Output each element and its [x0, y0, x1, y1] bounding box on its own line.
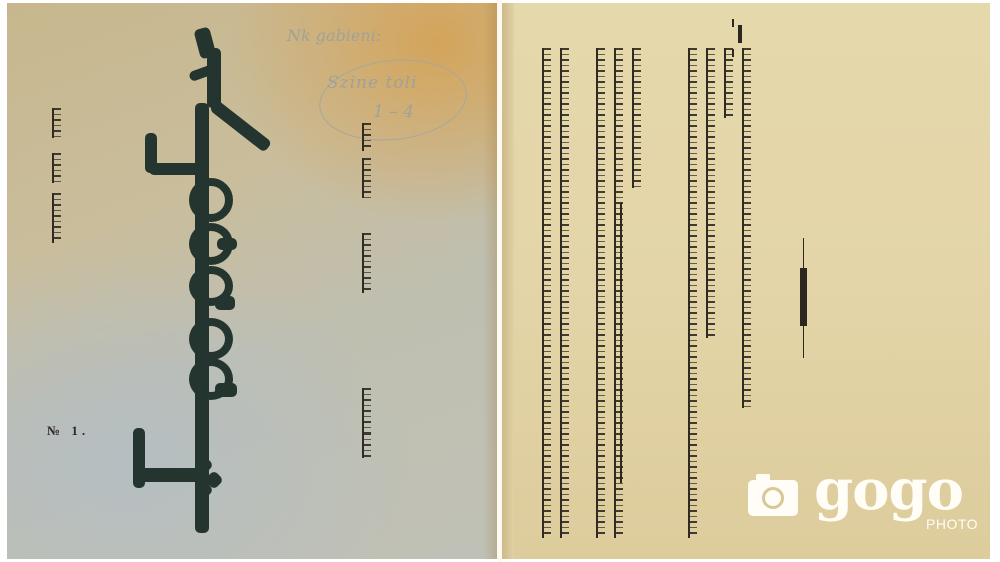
calligraphic-title [127, 28, 297, 488]
script-column [52, 193, 60, 243]
script-column [362, 233, 370, 293]
script-column [362, 123, 370, 151]
ornament [799, 238, 809, 358]
pencil-note-line3: 1 – 4 [373, 102, 414, 122]
watermark-sub: PHOTO [926, 516, 978, 532]
text-column [742, 48, 750, 408]
pencil-oval [315, 52, 471, 147]
page-marker-dash [732, 19, 734, 27]
page-marker [738, 25, 742, 43]
text-column [688, 48, 696, 538]
script-column [52, 108, 60, 138]
text-column [632, 48, 640, 188]
pencil-note-line1: Nk gabieni: [287, 26, 381, 45]
pencil-note-line2: Szine toli [327, 73, 417, 93]
section-rule [620, 203, 622, 483]
text-column [724, 48, 732, 118]
text-column [706, 48, 714, 338]
script-column [362, 388, 370, 433]
camera-icon [748, 480, 798, 516]
text-column [560, 48, 568, 538]
text-column [596, 48, 604, 538]
text-column [542, 48, 550, 538]
gogo-watermark: gogo PHOTO [748, 472, 968, 542]
watermark-brand: gogo [814, 462, 963, 518]
script-column [362, 433, 370, 458]
cover-page: № 1. Nk gabieni: Szine toli 1 – 4 [7, 3, 497, 559]
script-column [362, 158, 370, 198]
script-column [52, 153, 60, 183]
issue-number: № 1. [47, 423, 89, 439]
